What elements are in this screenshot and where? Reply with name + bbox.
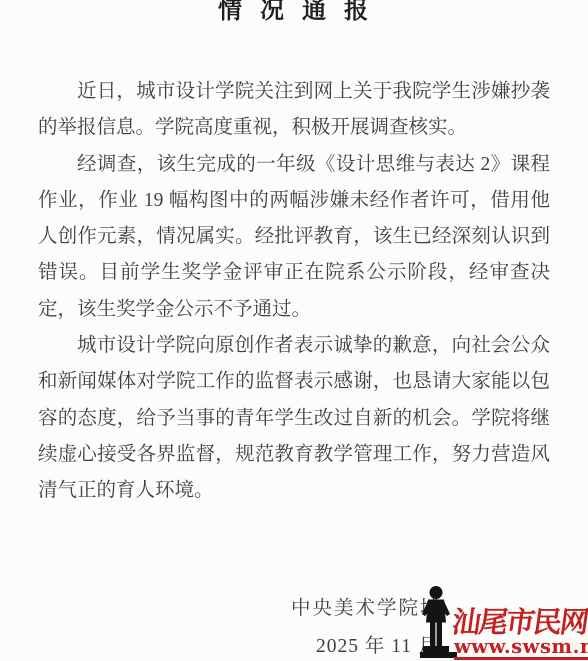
paragraph-findings-and-decision: 经调查，该生完成的一年级《设计思维与表达 2》课程作业，作业 19 幅构图中的两… xyxy=(38,147,550,328)
signature-issuer: 中央美术学院城 xyxy=(291,592,442,620)
document-body: 近日，城市设计学院关注到网上关于我院学生涉嫌抄袭的举报信息。学院高度重视，积极开… xyxy=(38,74,550,510)
watermark-site-url: www.swsm.net xyxy=(454,636,588,660)
paragraph-investigation-intro: 近日，城市设计学院关注到网上关于我院学生涉嫌抄袭的举报信息。学院高度重视，积极开… xyxy=(38,74,550,147)
page-title: 情 况 通 报 xyxy=(0,0,588,26)
notice-document: 情 况 通 报 近日，城市设计学院关注到网上关于我院学生涉嫌抄袭的举报信息。学院… xyxy=(0,0,588,661)
paragraph-apology-and-commitment: 城市设计学院向原创作者表示诚挚的歉意，向社会公众和新闻媒体对学院工作的监督表示感… xyxy=(38,328,550,509)
